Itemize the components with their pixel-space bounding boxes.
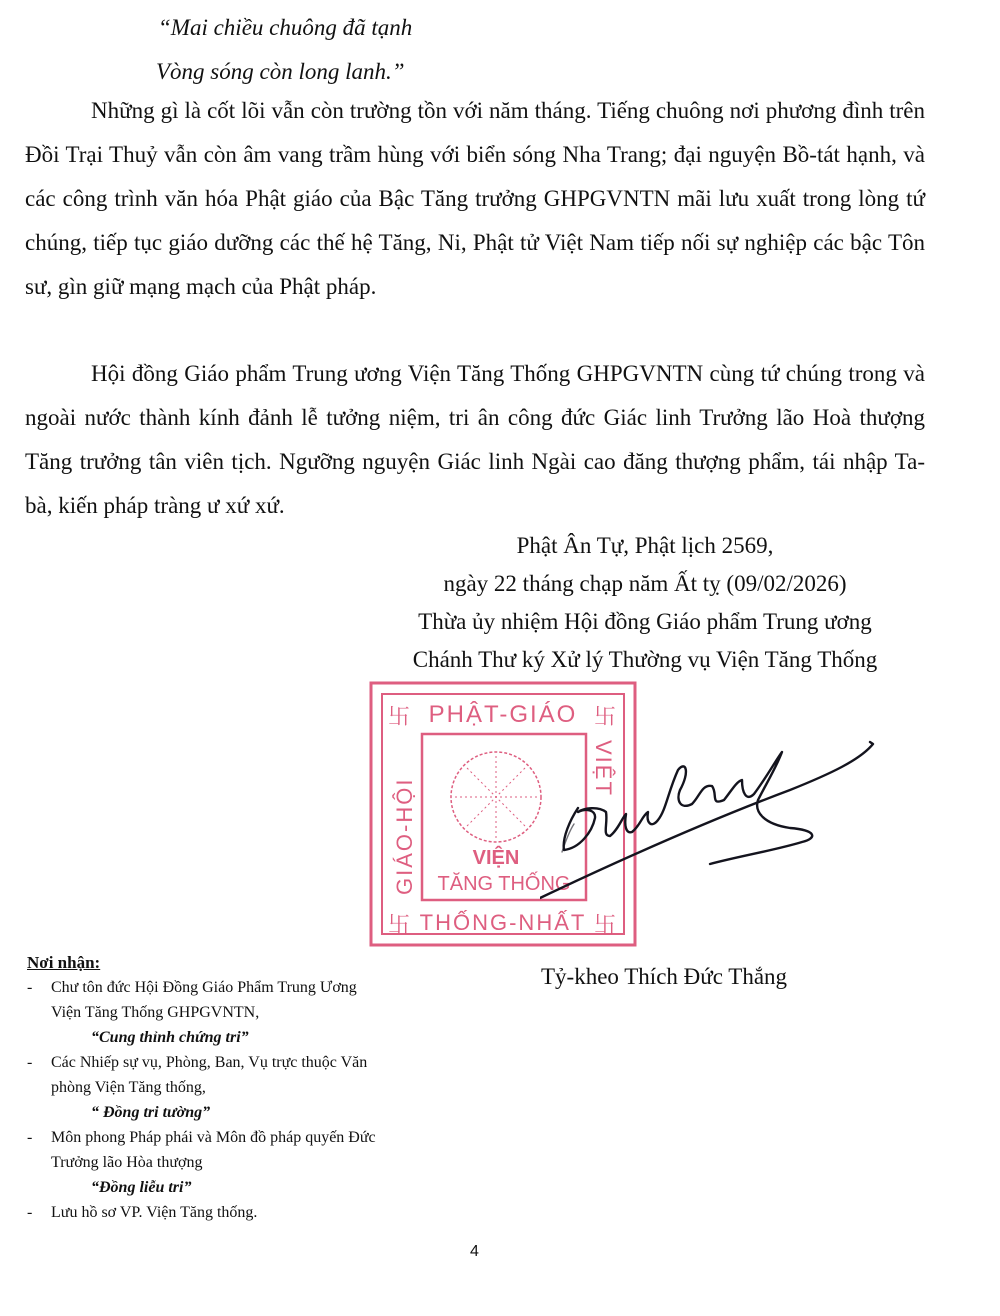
swastika-icon: 卐	[594, 912, 616, 937]
poem-line-1: “Mai chiều chuông đã tạnh	[158, 6, 412, 50]
recipient-item: - Chư tôn đức Hội Đồng Giáo Phẩm Trung Ư…	[27, 975, 377, 1025]
lunar-date: ngày 22 tháng chạp năm Ất tỵ (09/02/2026…	[365, 565, 925, 603]
svg-text:THỐNG-NHẤT: THỐNG-NHẤT	[420, 909, 587, 935]
recipient-note: “ Đồng tri tường”	[27, 1100, 377, 1125]
recipient-text: Lưu hồ sơ VP. Viện Tăng thống.	[51, 1200, 377, 1225]
svg-text:VIỆN: VIỆN	[473, 845, 520, 869]
recipient-text: Môn phong Pháp phái và Môn đồ pháp quyến…	[51, 1125, 377, 1175]
swastika-icon: 卐	[388, 704, 410, 729]
recipient-note: “Đồng liễu tri”	[27, 1175, 377, 1200]
recipients-title: Nơi nhận:	[27, 950, 377, 975]
page-number: 4	[470, 1243, 479, 1261]
recipient-text: Các Nhiếp sự vụ, Phòng, Ban, Vụ trực thu…	[51, 1050, 377, 1100]
recipient-item: - Các Nhiếp sự vụ, Phòng, Ban, Vụ trực t…	[27, 1050, 377, 1100]
poem-line-2: Vòng sóng còn long lanh.”	[156, 50, 412, 94]
recipients-list: Nơi nhận: - Chư tôn đức Hội Đồng Giáo Ph…	[27, 950, 377, 1225]
svg-text:GIÁO-HỘI: GIÁO-HỘI	[392, 778, 417, 895]
recipient-note: “Cung thỉnh chứng tri”	[27, 1025, 377, 1050]
recipient-text: Chư tôn đức Hội Đồng Giáo Phẩm Trung Ươn…	[51, 975, 377, 1025]
poem-quote: “Mai chiều chuông đã tạnh Vòng sóng còn …	[158, 6, 412, 94]
signer-title: Chánh Thư ký Xử lý Thường vụ Viện Tăng T…	[365, 641, 925, 679]
recipient-item: - Lưu hồ sơ VP. Viện Tăng thống.	[27, 1200, 377, 1225]
recipient-item: - Môn phong Pháp phái và Môn đồ pháp quy…	[27, 1125, 377, 1175]
handwritten-signature	[540, 720, 890, 900]
body-paragraph-2: Hội đồng Giáo phẩm Trung ương Viện Tăng …	[25, 352, 925, 528]
swastika-icon: 卐	[388, 912, 410, 937]
closing-block: Phật Ân Tự, Phật lịch 2569, ngày 22 thán…	[365, 527, 925, 679]
signer-name: Tỷ-kheo Thích Đức Thắng	[541, 964, 787, 990]
place-date: Phật Ân Tự, Phật lịch 2569,	[365, 527, 925, 565]
body-paragraph-1: Những gì là cốt lõi vẫn còn trường tồn v…	[25, 89, 925, 309]
authority-line: Thừa ủy nhiệm Hội đồng Giáo phẩm Trung ư…	[365, 603, 925, 641]
